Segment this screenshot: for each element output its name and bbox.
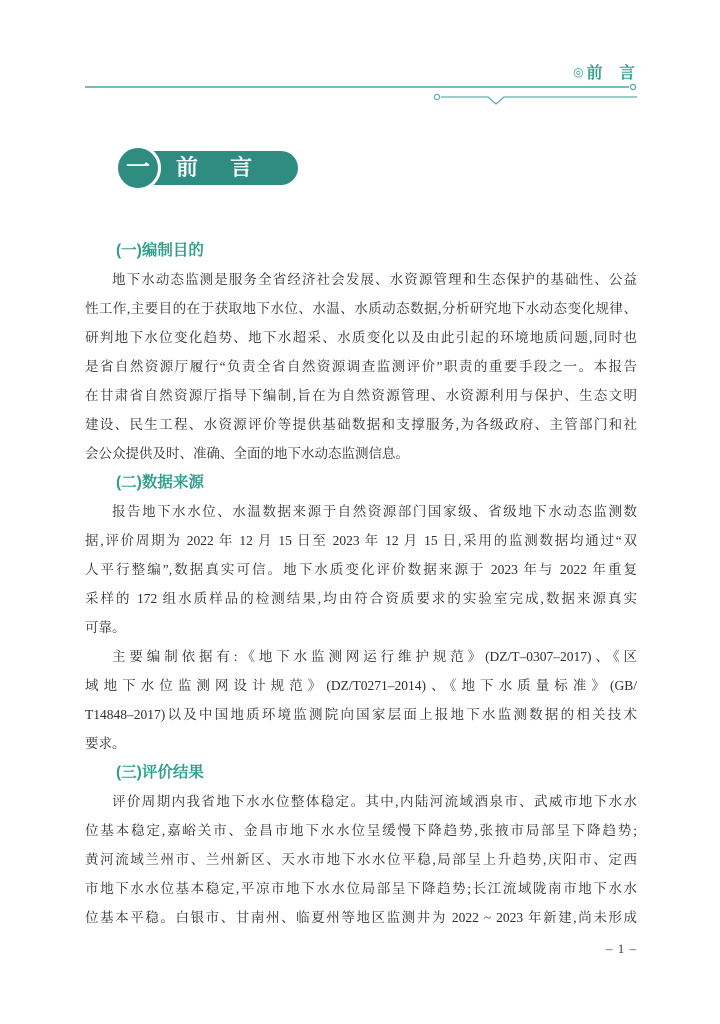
body-text-line: 黄河流域兰州市、兰州新区、天水市地下水水位平稳,局部呈上升趋势,庆阳市、定西	[85, 845, 637, 874]
body-text-line: 要求。	[85, 729, 637, 758]
chapter-number: 一	[126, 154, 150, 181]
paragraph: 主要编制依据有:《地下水监测网运行维护规范》(DZ/T–0307–2017)、《…	[85, 642, 637, 758]
chapter-number-badge: 一	[115, 145, 161, 191]
paragraph: 报告地下水水位、水温数据来源于自然资源部门国家级、省级地下水动态监测数据,评价周…	[85, 497, 637, 642]
body-text-line: 是省自然资源厅履行“负责全省自然资源调查监测评价”职责的重要手段之一。本报告	[85, 352, 637, 381]
document-page: ◎前 言 前 言 一 (一)编制目的 地下水动态监测是服务全省经济社会发展、水资…	[0, 0, 720, 1024]
body-text-line: 会公众提供及时、准确、全面的地下水动态监测信息。	[85, 439, 637, 468]
body-text-line: 位基本稳定,嘉峪关市、金昌市地下水水位呈缓慢下降趋势,张掖市局部呈下降趋势;	[85, 816, 637, 845]
body-text-line: 地下水动态监测是服务全省经济社会发展、水资源管理和生态保护的基础性、公益	[85, 265, 637, 294]
body-text-line: 位基本平稳。白银市、甘南州、临夏州等地区监测井为 2022 ~ 2023 年新建…	[85, 903, 637, 932]
running-head: ◎前 言	[573, 60, 637, 83]
body-text-line: 域地下水位监测网设计规范》(DZ/T0271–2014)、《地下水质量标准》(G…	[85, 671, 637, 700]
body-text-line: 人平行整编”,数据真实可信。地下水质变化评价数据来源于 2023 年与 2022…	[85, 555, 637, 584]
body-text-line: 评价周期内我省地下水水位整体稳定。其中,内陆河流域酒泉市、武威市地下水水	[85, 787, 637, 816]
header-rule-secondary	[441, 97, 637, 104]
body-text-line: T14848–2017)以及中国地质环境监测院向国家层面上报地下水监测数据的相关…	[85, 700, 637, 729]
rule-end-ring-icon	[630, 84, 635, 89]
section-heading-2: (二)数据来源	[85, 468, 637, 497]
ring-bullet-icon: ◎	[573, 65, 583, 79]
body-text-line: 采样的 172 组水质样品的检测结果,均由符合资质要求的实验室完成,数据来源真实	[85, 584, 637, 613]
section-heading-3: (三)评价结果	[85, 758, 637, 787]
body-text-line: 性工作,主要目的在于获取地下水位、水温、水质动态数据,分析研究地下水动态变化规律…	[85, 294, 637, 323]
body-text-line: 建设、民生工程、水资源评价等提供基础数据和支撑服务,为各级政府、主管部门和社	[85, 410, 637, 439]
page-number: – 1 –	[85, 941, 637, 957]
rule-start-ring-icon	[434, 94, 439, 99]
paragraph: 地下水动态监测是服务全省经济社会发展、水资源管理和生态保护的基础性、公益性工作,…	[85, 265, 637, 468]
body-column: (一)编制目的 地下水动态监测是服务全省经济社会发展、水资源管理和生态保护的基础…	[85, 236, 637, 932]
body-text-line: 据,评价周期为 2022 年 12 月 15 日至 2023 年 12 月 15…	[85, 526, 637, 555]
body-text-line: 主要编制依据有:《地下水监测网运行维护规范》(DZ/T–0307–2017)、《…	[85, 642, 637, 671]
body-text-line: 研判地下水位变化趋势、地下水超采、水质变化以及由此引起的环境地质问题,同时也	[85, 323, 637, 352]
chapter-banner-title: 前 言	[176, 155, 256, 180]
body-text-line: 市地下水水位基本稳定,平凉市地下水水位局部呈下降趋势;长江流域陇南市地下水水	[85, 874, 637, 903]
body-text-line: 可靠。	[85, 613, 637, 642]
body-text-line: 报告地下水水位、水温数据来源于自然资源部门国家级、省级地下水动态监测数	[85, 497, 637, 526]
body-text-line: 在甘肃省自然资源厅指导下编制,旨在为自然资源管理、水资源利用与保护、生态文明	[85, 381, 637, 410]
running-head-label: 前 言	[587, 65, 637, 82]
paragraph: 评价周期内我省地下水水位整体稳定。其中,内陆河流域酒泉市、武威市地下水水位基本稳…	[85, 787, 637, 932]
section-heading-1: (一)编制目的	[85, 236, 637, 265]
